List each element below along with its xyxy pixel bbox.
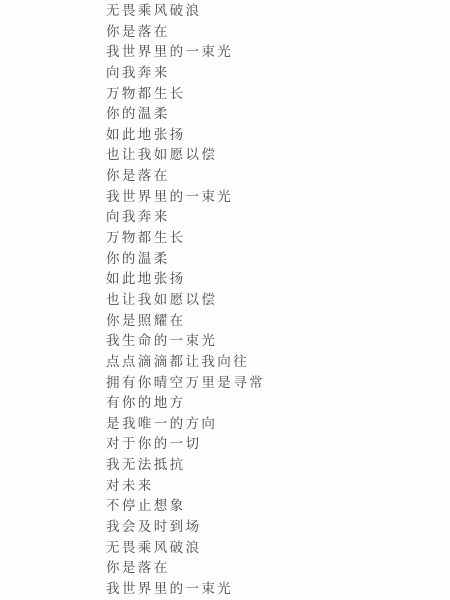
lyric-line: 你的温柔: [106, 104, 450, 125]
lyric-line: 也让我如愿以偿: [106, 290, 450, 311]
lyric-line: 有你的地方: [106, 393, 450, 414]
lyric-line: 对于你的一切: [106, 434, 450, 455]
lyric-line: 是我唯一的方向: [106, 414, 450, 435]
lyric-line: 我无法抵抗: [106, 455, 450, 476]
lyric-line: 如此地张扬: [106, 269, 450, 290]
lyric-line: 万物都生长: [106, 84, 450, 105]
lyric-line: 你是落在: [106, 22, 450, 43]
lyric-line: 我世界里的一束光: [106, 42, 450, 63]
lyric-line: 你是落在: [106, 558, 450, 579]
lyric-line: 点点滴滴都让我向往: [106, 352, 450, 373]
lyric-line: 我会及时到场: [106, 517, 450, 538]
lyric-line: 万物都生长: [106, 228, 450, 249]
lyric-line: 无畏乘风破浪: [106, 538, 450, 559]
lyric-line: 也让我如愿以偿: [106, 145, 450, 166]
lyric-line: 对未来: [106, 476, 450, 497]
lyric-line: 你是落在: [106, 166, 450, 187]
lyrics-page: 无畏乘风破浪你是落在我世界里的一束光向我奔来万物都生长你的温柔如此地张扬也让我如…: [0, 0, 450, 600]
lyric-line: 我世界里的一束光: [106, 187, 450, 208]
lyric-line: 我世界里的一束光: [106, 579, 450, 600]
lyric-line: 向我奔来: [106, 207, 450, 228]
lyric-line: 向我奔来: [106, 63, 450, 84]
lyric-line: 你的温柔: [106, 249, 450, 270]
lyric-line: 如此地张扬: [106, 125, 450, 146]
lyric-line: 拥有你晴空万里是寻常: [106, 373, 450, 394]
lyric-line: 不停止想象: [106, 496, 450, 517]
lyric-line: 无畏乘风破浪: [106, 1, 450, 22]
lyric-line: 我生命的一束光: [106, 331, 450, 352]
lyric-line: 你是照耀在: [106, 311, 450, 332]
